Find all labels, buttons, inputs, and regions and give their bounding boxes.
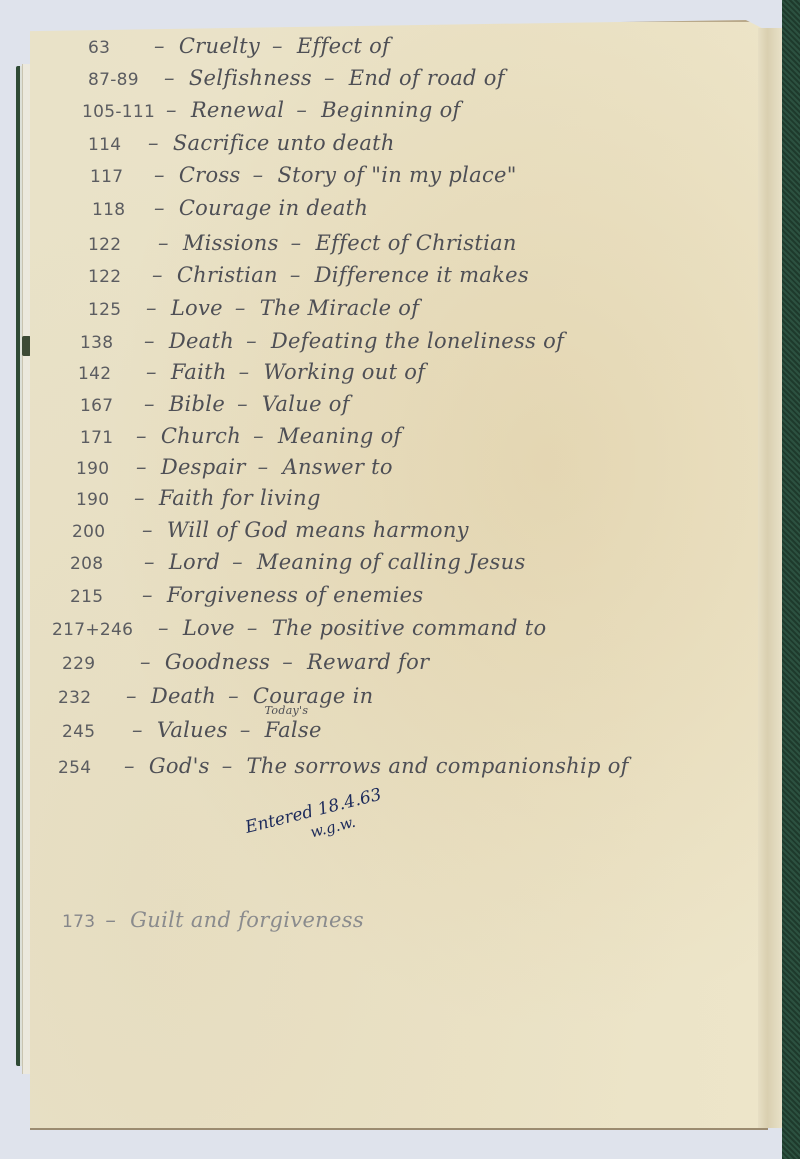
dash: – <box>136 455 147 479</box>
page-number: 190 <box>76 459 126 479</box>
topic: Faith for living <box>159 486 321 510</box>
page-number: 190 <box>76 490 124 510</box>
topic: Values <box>157 718 228 742</box>
page-number: 208 <box>70 554 134 574</box>
dash: – <box>247 616 258 640</box>
page-number: 125 <box>88 300 136 320</box>
late-index-entry: 173 – Guilt and forgiveness <box>62 908 364 932</box>
dash: – <box>105 908 116 932</box>
dash: – <box>126 684 137 708</box>
index-entry: 167–Bible–Value of <box>80 392 350 416</box>
subtopic: The positive command to <box>272 616 547 640</box>
subtopic: Meaning of calling Jesus <box>257 550 526 574</box>
page-number: 254 <box>58 758 114 778</box>
subtopic: Value of <box>262 392 350 416</box>
dash: – <box>158 616 169 640</box>
dash: – <box>134 486 145 510</box>
index-entry: 215–Forgiveness of enemies <box>70 583 423 607</box>
dash: – <box>253 163 264 187</box>
index-entry: 190–Faith for living <box>76 486 321 510</box>
dash: – <box>164 66 175 90</box>
subtopic: Story of "in my place" <box>277 163 516 187</box>
page-number: 229 <box>62 654 130 674</box>
topic: Death <box>169 329 234 353</box>
page-number: 63 <box>88 38 144 58</box>
dash: – <box>142 518 153 542</box>
index-entry: 229–Goodness–Reward for <box>62 650 429 674</box>
subtopic: Defeating the loneliness of <box>271 329 564 353</box>
subtopic: The sorrows and companionship of <box>247 754 629 778</box>
topic: Christian <box>177 263 278 287</box>
subtopic: Answer to <box>282 455 392 479</box>
index-entry: 122–Christian–Difference it makes <box>88 263 529 287</box>
topic: Forgiveness of enemies <box>167 583 424 607</box>
topic: Cruelty <box>179 34 260 58</box>
topic: Love <box>171 296 223 320</box>
index-entry: 118–Courage in death <box>92 196 368 220</box>
dash: – <box>148 131 159 155</box>
dash: – <box>154 163 165 187</box>
index-entry: 208–Lord–Meaning of calling Jesus <box>70 550 526 574</box>
topic: Missions <box>183 231 279 255</box>
index-entry: 125–Love–The Miracle of <box>88 296 419 320</box>
page-number: 173 <box>62 912 95 932</box>
index-entry: 63–Cruelty–Effect of <box>88 34 390 58</box>
subtopic: Today'sFalse <box>265 718 322 742</box>
index-entry: 171–Church–Meaning of <box>80 424 402 448</box>
dash: – <box>144 392 155 416</box>
page-gutter <box>758 28 782 1128</box>
index-entry: 254–God's–The sorrows and companionship … <box>58 754 629 778</box>
dash: – <box>290 263 301 287</box>
dash: – <box>239 360 250 384</box>
index-entry: 245–Values–Today'sFalse <box>62 718 322 742</box>
dash: – <box>282 650 293 674</box>
dash: – <box>154 196 165 220</box>
index-entry: 117–Cross–Story of "in my place" <box>90 163 517 187</box>
dash: – <box>132 718 143 742</box>
dash: – <box>136 424 147 448</box>
topic: Goodness <box>165 650 270 674</box>
dash: – <box>228 684 239 708</box>
topic: Church <box>161 424 241 448</box>
dash: – <box>144 329 155 353</box>
page-number: 167 <box>80 396 134 416</box>
page-number: 87-89 <box>88 70 154 90</box>
page-number: 215 <box>70 587 132 607</box>
topic: Despair <box>161 455 246 479</box>
page-number: 105-111 <box>82 102 156 122</box>
dash: – <box>152 263 163 287</box>
index-entry: 190–Despair–Answer to <box>76 455 393 479</box>
subtopic: End of road of <box>349 66 505 90</box>
index-entry: 122–Missions–Effect of Christian <box>88 231 517 255</box>
page-number: 200 <box>72 522 132 542</box>
page-number: 122 <box>88 267 142 287</box>
index-entry: 87-89–Selfishness–End of road of <box>88 66 505 90</box>
dash: – <box>154 34 165 58</box>
index-entry: 114–Sacrifice unto death <box>88 131 395 155</box>
dash: – <box>237 392 248 416</box>
topic: Faith <box>171 360 227 384</box>
page-number: 114 <box>88 135 138 155</box>
index-entry: 200–Will of God means harmony <box>72 518 469 542</box>
book-cover-right-edge <box>782 0 800 1159</box>
topic: Renewal <box>191 98 285 122</box>
binding-clip <box>22 336 31 356</box>
dash: – <box>253 424 264 448</box>
dash: – <box>258 455 269 479</box>
dash: – <box>232 550 243 574</box>
topic: Selfishness <box>189 66 312 90</box>
page-number: 171 <box>80 428 126 448</box>
dash: – <box>235 296 246 320</box>
dash: – <box>146 296 157 320</box>
page-number: 217+246 <box>52 620 148 640</box>
dash: – <box>166 98 177 122</box>
dash: – <box>158 231 169 255</box>
topic: Love <box>183 616 235 640</box>
index-entry: 142–Faith–Working out of <box>78 360 425 384</box>
page-number: 232 <box>58 688 116 708</box>
topic: Lord <box>169 550 220 574</box>
dash: – <box>296 98 307 122</box>
dash: – <box>124 754 135 778</box>
dash: – <box>272 34 283 58</box>
dash: – <box>246 329 257 353</box>
dash: – <box>142 583 153 607</box>
subtopic: Effect of Christian <box>315 231 516 255</box>
page-number: 138 <box>80 333 134 353</box>
topic: God's <box>149 754 210 778</box>
subtopic: Reward for <box>307 650 429 674</box>
topic: Will of God means harmony <box>167 518 469 542</box>
dash: – <box>291 231 302 255</box>
dash: – <box>144 550 155 574</box>
topic: Sacrifice unto death <box>173 131 395 155</box>
topic: Death <box>151 684 216 708</box>
dash: – <box>222 754 233 778</box>
subtopic: Working out of <box>263 360 425 384</box>
topic: Cross <box>179 163 241 187</box>
subtopic: Meaning of <box>278 424 402 448</box>
dash: – <box>324 66 335 90</box>
topic: Bible <box>169 392 225 416</box>
inserted-word: Today's <box>265 704 309 717</box>
topic: Courage in death <box>179 196 368 220</box>
index-entry: 232–Death–Courage in <box>58 684 373 708</box>
subtopic: Beginning of <box>321 98 460 122</box>
subtopic: Effect of <box>297 34 390 58</box>
subtopic: The Miracle of <box>260 296 420 320</box>
page-number: 117 <box>90 167 144 187</box>
dash: – <box>146 360 157 384</box>
subtopic: Difference it makes <box>315 263 529 287</box>
page-number: 245 <box>62 722 122 742</box>
page-number: 122 <box>88 235 148 255</box>
topic: Guilt and forgiveness <box>130 908 364 932</box>
dash: – <box>140 650 151 674</box>
page-number: 118 <box>92 200 144 220</box>
index-entry: 105-111–Renewal–Beginning of <box>82 98 461 122</box>
subtopic-text: False <box>265 718 322 742</box>
index-entry: 217+246–Love–The positive command to <box>52 616 546 640</box>
page-number: 142 <box>78 364 136 384</box>
index-entry: 138–Death–Defeating the loneliness of <box>80 329 564 353</box>
dash: – <box>240 718 251 742</box>
